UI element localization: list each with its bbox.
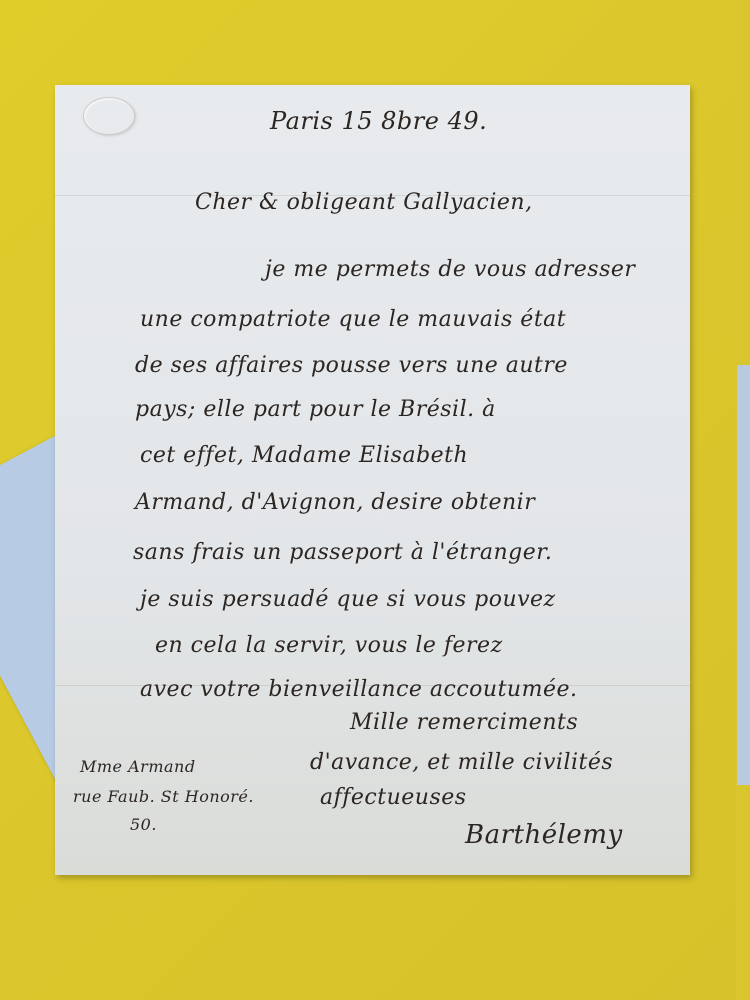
body-line: une compatriote que le mauvais état [140, 307, 566, 332]
dateline: Paris 15 8bre 49. [270, 107, 487, 135]
body-line: en cela la servir, vous le ferez [155, 633, 503, 658]
body-line: avec votre bienveillance accoutumée. [140, 677, 577, 702]
closing-line: affectueuses [320, 785, 467, 810]
body-line: cet effet, Madame Elisabeth [140, 443, 468, 468]
body-line: je suis persuadé que si vous pouvez [140, 587, 556, 612]
signature: Barthélemy [465, 820, 623, 850]
embossed-stamp [83, 97, 135, 135]
salutation: Cher & obligeant Gallyacien, [195, 190, 533, 215]
closing-line: Mille remerciments [350, 710, 578, 735]
body-line: Armand, d'Avignon, desire obtenir [135, 490, 535, 515]
closing-line: d'avance, et mille civilités [310, 750, 613, 775]
body-line: sans frais un passeport à l'étranger. [133, 540, 552, 565]
blue-card-right-edge [737, 365, 750, 785]
address-line: Mme Armand [80, 757, 196, 776]
address-line: 50. [130, 815, 157, 834]
body-line: de ses affaires pousse vers une autre [135, 353, 568, 378]
body-line: pays; elle part pour le Brésil. à [135, 397, 496, 422]
address-line: rue Faub. St Honoré. [73, 787, 254, 806]
letter-sheet: Paris 15 8bre 49. Cher & obligeant Gally… [55, 85, 690, 875]
body-line: je me permets de vous adresser [265, 257, 635, 282]
